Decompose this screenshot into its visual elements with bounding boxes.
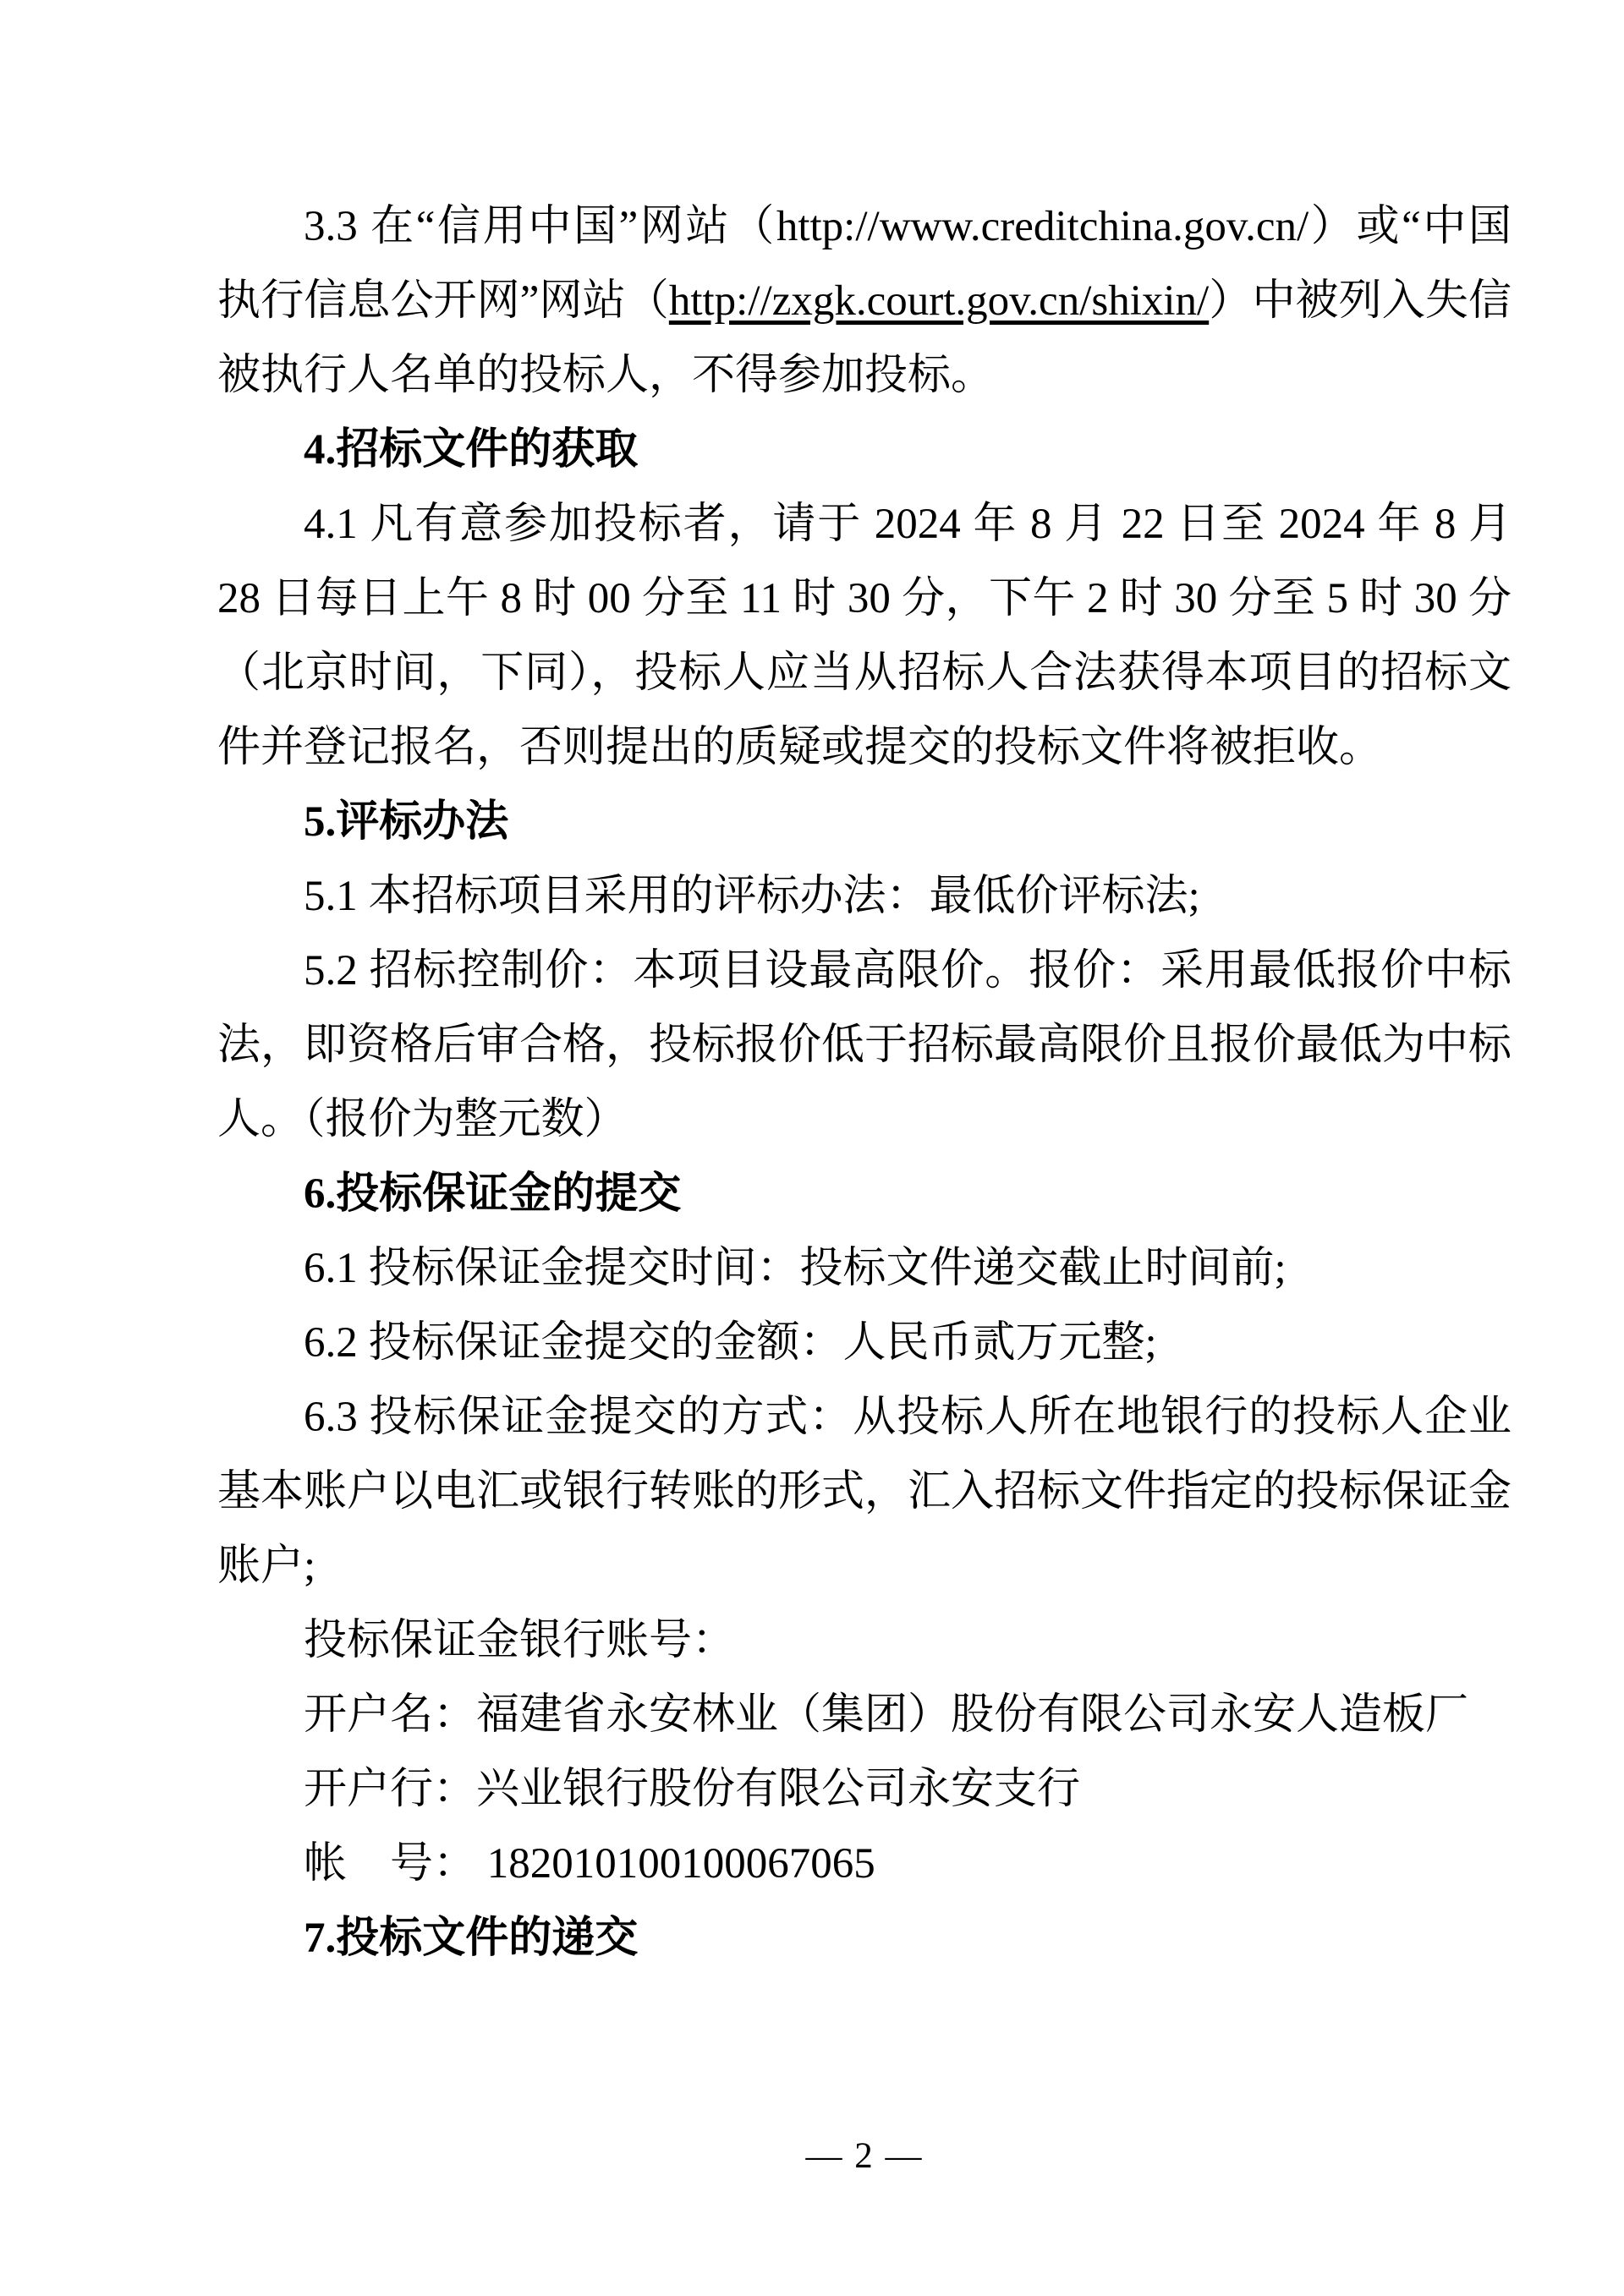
section-7-heading: 7.投标文件的递交 (217, 1901, 1512, 1975)
clause-5-1: 5.1 本招标项目采用的评标办法：最低价评标法; (217, 859, 1512, 934)
zxgk-court-url: http://zxgk.court.gov.cn/shixin/ (669, 277, 1209, 325)
clause-4-1: 4.1 凡有意参加投标者，请于 2024 年 8 月 22 日至 2024 年 … (217, 487, 1512, 785)
clause-3-3: 3.3 在“信用中国”网站（http://www.creditchina.gov… (217, 189, 1512, 413)
clause-6-2: 6.2 投标保证金提交的金额：人民币贰万元整; (217, 1306, 1512, 1380)
account-bank-line: 开户行：兴业银行股份有限公司永安支行 (217, 1752, 1512, 1827)
account-name-line: 开户名：福建省永安林业（集团）股份有限公司永安人造板厂 (217, 1678, 1512, 1752)
section-5-heading: 5.评标办法 (217, 785, 1512, 859)
section-4-heading: 4.招标文件的获取 (217, 413, 1512, 487)
page-number: — 2 — (217, 2129, 1512, 2184)
document-body: 3.3 在“信用中国”网站（http://www.creditchina.gov… (217, 189, 1512, 1975)
document-page: 3.3 在“信用中国”网站（http://www.creditchina.gov… (0, 0, 1624, 2296)
clause-5-2: 5.2 招标控制价：本项目设最高限价。报价：采用最低报价中标法，即资格后审合格，… (217, 934, 1512, 1157)
section-6-heading: 6.投标保证金的提交 (217, 1157, 1512, 1231)
creditchina-url: http://www.creditchina.gov.cn/ (776, 203, 1309, 250)
deposit-account-heading: 投标保证金银行账号： (217, 1603, 1512, 1678)
clause-3-3-pre: 3.3 在“信用中国”网站（ (304, 203, 776, 250)
account-number-line: 帐 号： 182010100100067065 (217, 1827, 1512, 1901)
clause-6-1: 6.1 投标保证金提交时间：投标文件递交截止时间前; (217, 1231, 1512, 1306)
clause-6-3: 6.3 投标保证金提交的方式：从投标人所在地银行的投标人企业基本账户以电汇或银行… (217, 1380, 1512, 1603)
